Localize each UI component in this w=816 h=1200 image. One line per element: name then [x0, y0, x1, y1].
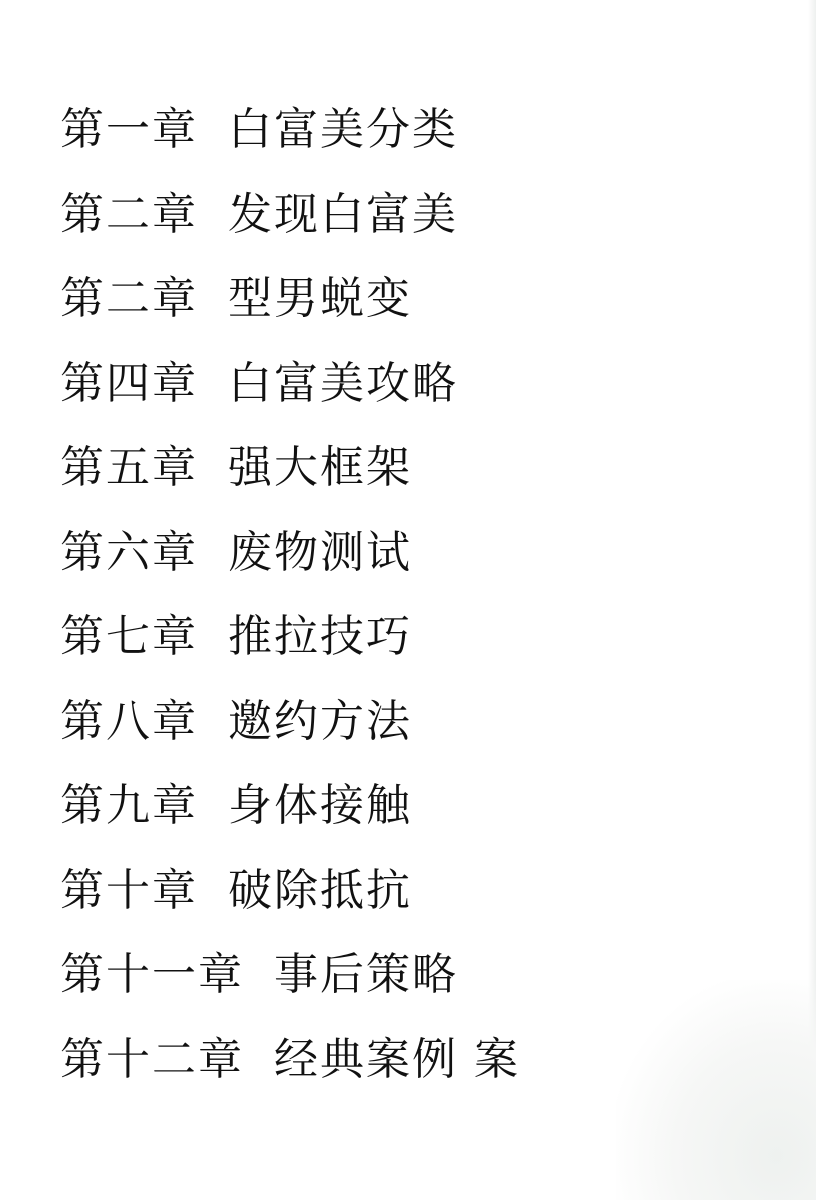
- scan-artifact: [616, 980, 816, 1200]
- chapter-number: 第九章: [60, 780, 198, 832]
- chapter-number: 第十二章: [60, 1034, 244, 1086]
- toc-entry: 第十二章经典案例 案: [60, 1034, 520, 1119]
- chapter-number: 第五章: [60, 442, 198, 494]
- chapter-title: 强大框架: [228, 442, 412, 494]
- toc-entry: 第六章废物测试: [60, 527, 520, 612]
- chapter-number: 第四章: [60, 358, 198, 410]
- toc-entry: 第九章身体接触: [60, 780, 520, 865]
- chapter-number: 第八章: [60, 696, 198, 748]
- toc-entry: 第一章白富美分类: [60, 104, 520, 189]
- chapter-title: 型男蜕变: [228, 273, 412, 325]
- chapter-title: 废物测试: [228, 527, 412, 579]
- chapter-number: 第二章: [60, 189, 198, 241]
- chapter-number: 第十章: [60, 865, 198, 917]
- toc-entry: 第十章破除抵抗: [60, 865, 520, 950]
- table-of-contents: 第一章白富美分类 第二章发现白富美 第二章型男蜕变 第四章白富美攻略 第五章强大…: [60, 104, 520, 1118]
- chapter-title: 破除抵抗: [228, 865, 412, 917]
- chapter-title: 白富美分类: [228, 104, 458, 156]
- chapter-title: 身体接触: [228, 780, 412, 832]
- chapter-title: 邀约方法: [228, 696, 412, 748]
- toc-entry: 第二章型男蜕变: [60, 273, 520, 358]
- chapter-number: 第一章: [60, 104, 198, 156]
- chapter-number: 第六章: [60, 527, 198, 579]
- chapter-title: 白富美攻略: [228, 358, 458, 410]
- chapter-number: 第七章: [60, 611, 198, 663]
- chapter-number: 第十一章: [60, 949, 244, 1001]
- toc-entry: 第五章强大框架: [60, 442, 520, 527]
- toc-entry: 第十一章事后策略: [60, 949, 520, 1034]
- chapter-title: 推拉技巧: [228, 611, 412, 663]
- toc-entry: 第七章推拉技巧: [60, 611, 520, 696]
- chapter-number: 第二章: [60, 273, 198, 325]
- toc-entry: 第二章发现白富美: [60, 189, 520, 274]
- chapter-title: 经典案例 案: [274, 1034, 520, 1086]
- chapter-title: 发现白富美: [228, 189, 458, 241]
- toc-entry: 第八章邀约方法: [60, 696, 520, 781]
- chapter-title: 事后策略: [274, 949, 458, 1001]
- toc-entry: 第四章白富美攻略: [60, 358, 520, 443]
